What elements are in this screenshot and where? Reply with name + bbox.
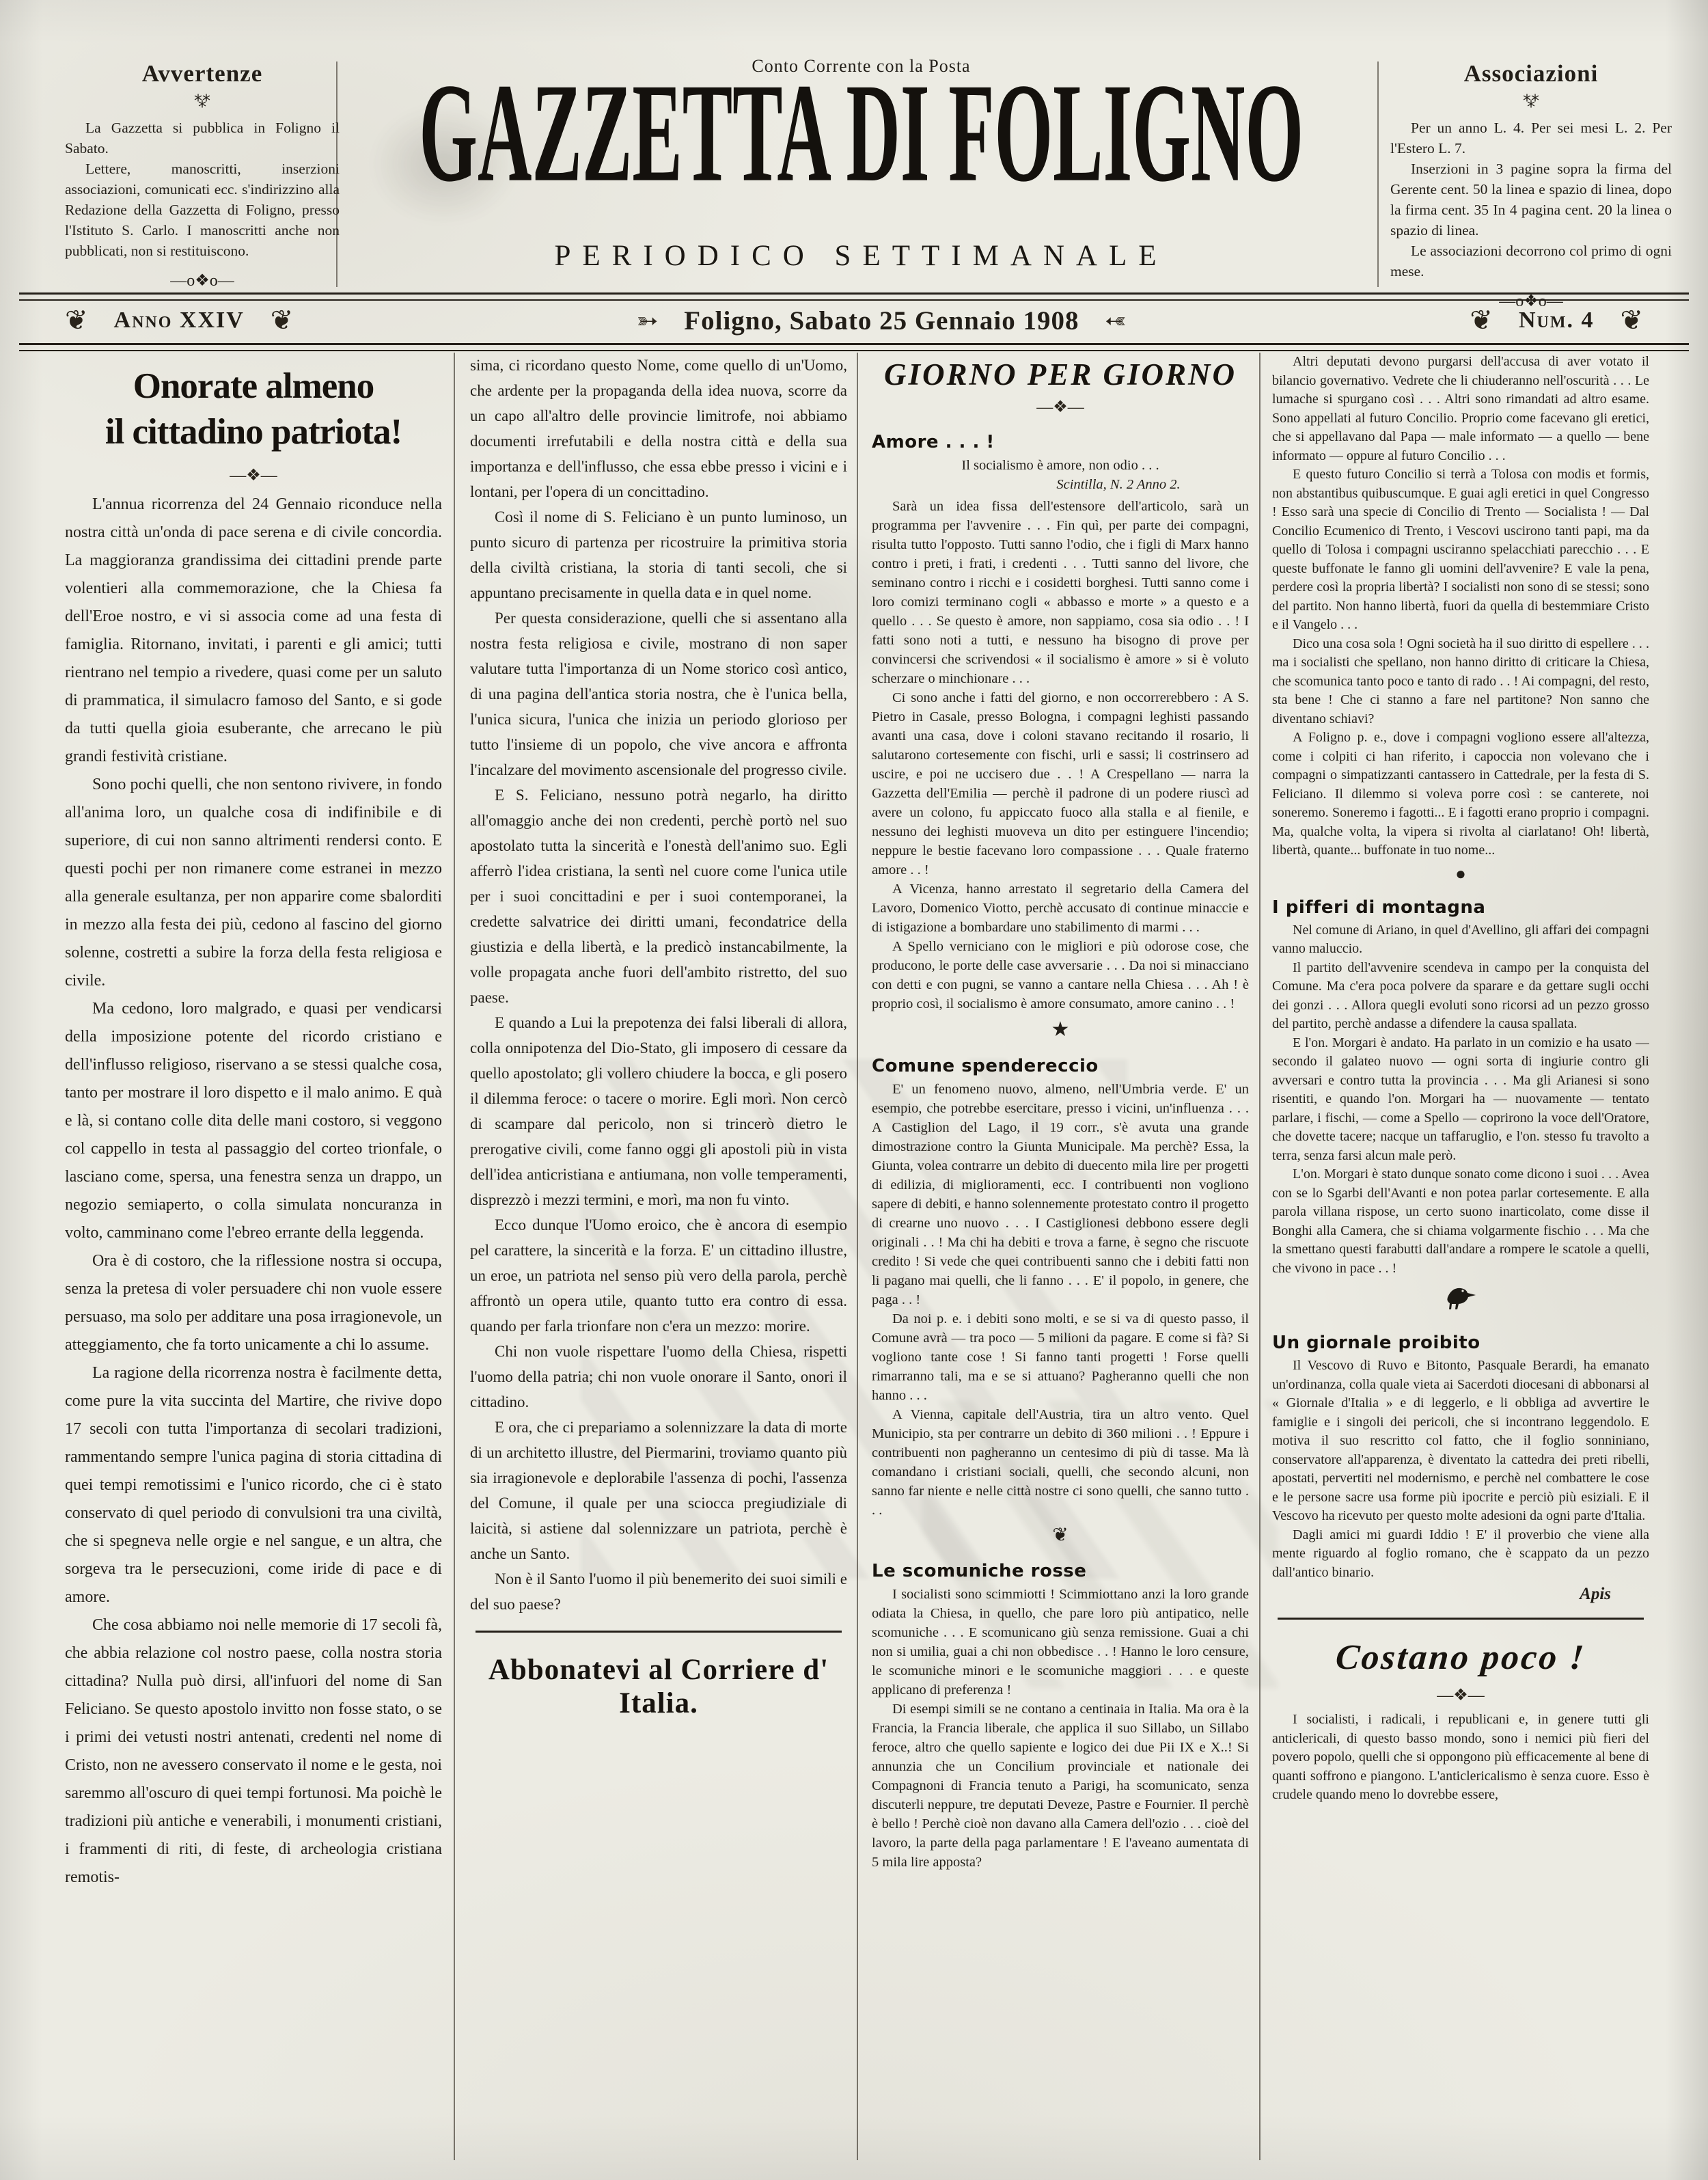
paragraph: Ma cedono, loro malgrado, e quasi per ve…	[65, 995, 442, 1247]
paragraph: I socialisti, i radicali, i republicani …	[1272, 1711, 1649, 1805]
subscriptions-box: Associazioni ⁂ Per un anno L. 4. Per sei…	[1390, 60, 1672, 320]
divider-ornament-icon: —❖—	[872, 392, 1249, 422]
volume-label: Anno XXIV	[114, 308, 245, 333]
header-vertical-rule	[1377, 62, 1379, 287]
notice-paragraph: La Gazzetta si pubblica in Foligno il Sa…	[65, 118, 340, 159]
section-title: GIORNO PER GIORNO	[872, 357, 1249, 392]
paragraph: E l'on. Morgari è andato. Ha parlato in …	[1272, 1034, 1649, 1166]
notice-paragraph: Lettere, manoscritti, inserzioni associa…	[65, 159, 340, 261]
double-rule	[19, 292, 1689, 301]
rule-divider	[476, 1631, 842, 1633]
subsection-heading: Le scomuniche rosse	[872, 1561, 1249, 1581]
paragraph: A Spello verniciano con le migliori e pi…	[872, 937, 1249, 1013]
paragraph: Chi non vuole rispettare l'uomo della Ch…	[470, 1339, 847, 1415]
signature: Apis	[1272, 1585, 1649, 1604]
paragraph: Per questa considerazione, quelli che si…	[470, 605, 847, 782]
column-4: Altri deputati devono purgarsi dell'accu…	[1272, 353, 1649, 2160]
subscription-paragraph: Le associazioni decorrono col primo di o…	[1390, 241, 1672, 282]
paragraph: Dagli amici mi guardi Iddio ! E' il prov…	[1272, 1526, 1649, 1583]
column-2: sima, ci ricordano questo Nome, come que…	[470, 353, 847, 2160]
bird-icon	[1272, 1278, 1649, 1323]
paragraph: Dico una cosa sola ! Ogni società ha il …	[1272, 635, 1649, 729]
paragraph: A Vicenza, hanno arrestato il segretario…	[872, 880, 1249, 937]
paragraph: Da noi p. e. i debiti sono molti, e se s…	[872, 1309, 1249, 1405]
paragraph: sima, ci ricordano questo Nome, come que…	[470, 353, 847, 504]
arrow-ornament-icon: ➳	[1105, 305, 1127, 336]
asterism-ornament-icon: ⁂	[1390, 89, 1672, 109]
fleuron-ornament-icon: ❦	[872, 1520, 1249, 1551]
subscription-paragraph: Per un anno L. 4. Per sei mesi L. 2. Per…	[1390, 118, 1672, 159]
column-rule	[1259, 353, 1261, 2160]
paragraph: La ragione della ricorrenza nostra è fac…	[65, 1359, 442, 1611]
anno-group: ❦ Anno XXIV ❦	[65, 307, 293, 334]
issue-number: Num. 4	[1519, 308, 1595, 333]
subscriptions-title: Associazioni	[1390, 60, 1672, 87]
paragraph: A Vienna, capitale dell'Austria, tira un…	[872, 1405, 1249, 1520]
rule-divider	[1278, 1618, 1644, 1620]
quote-line: Il socialismo è amore, non odio . . .	[872, 456, 1249, 475]
paragraph: E S. Feliciano, nessuno potrà negarlo, h…	[470, 782, 847, 1010]
column-rule	[857, 353, 858, 2160]
column-rule	[454, 353, 455, 2160]
divider-ornament-icon: —o❖o—	[65, 271, 340, 291]
paragraph: E ora, che ci prepariamo a solennizzare …	[470, 1415, 847, 1566]
paragraph: Non è il Santo l'uomo il più benemerito …	[470, 1566, 847, 1617]
subsection-heading: Un giornale proibito	[1272, 1333, 1649, 1353]
dot-ornament-icon: ●	[1272, 860, 1649, 888]
paragraph: E quando a Lui la prepotenza dei falsi l…	[470, 1010, 847, 1212]
issue-group: ❦ Num. 4 ❦	[1470, 307, 1643, 334]
fleuron-icon: ❦	[271, 307, 294, 334]
notices-box: Avvertenze ⁂ La Gazzetta si pubblica in …	[65, 60, 340, 299]
masthead: Conto Corrente con la Posta GAZZETTA DI …	[347, 56, 1375, 292]
fleuron-icon: ❦	[1620, 307, 1643, 334]
divider-ornament-icon: —❖—	[65, 461, 442, 491]
paragraph: Altri deputati devono purgarsi dell'accu…	[1272, 353, 1649, 465]
paragraph: Ora è di costoro, che la riflessione nos…	[65, 1247, 442, 1359]
paragraph: L'annua ricorrenza del 24 Gennaio ricond…	[65, 491, 442, 771]
newspaper-subtitle: PERIODICO SETTIMANALE	[347, 239, 1375, 273]
subsection-heading: I pifferi di montagna	[1272, 897, 1649, 918]
subsection-heading: Comune spendereccio	[872, 1056, 1249, 1076]
star-ornament-icon: ★	[872, 1013, 1249, 1046]
column-1: Onorate almeno il cittadino patriota!—❖—…	[65, 353, 442, 2160]
paragraph: Il Vescovo di Ruvo e Bitonto, Pasquale B…	[1272, 1357, 1649, 1526]
paragraph: L'on. Morgari è stato dunque sonato come…	[1272, 1165, 1649, 1278]
double-rule	[19, 343, 1689, 351]
fleuron-icon: ❦	[1470, 307, 1493, 334]
paragraph: Il partito dell'avvenire scendeva in cam…	[1272, 959, 1649, 1034]
dateline-band: ❦ Anno XXIV ❦ ➳ Foligno, Sabato 25 Genna…	[65, 301, 1643, 340]
paragraph: I socialisti sono scimmiotti ! Scimmiott…	[872, 1585, 1249, 1700]
paragraph: E questo futuro Concilio si terrà a Tolo…	[1272, 465, 1649, 635]
article-headline: Onorate almeno il cittadino patriota!	[65, 364, 442, 455]
paragraph: Nel comune di Ariano, in quel d'Avellino…	[1272, 921, 1649, 959]
date-group: ➳ Foligno, Sabato 25 Gennaio 1908 ➳	[636, 305, 1127, 336]
divider-ornament-icon: —❖—	[1272, 1680, 1649, 1711]
paragraph: E' un fenomeno nuovo, almeno, nell'Umbri…	[872, 1080, 1249, 1309]
paragraph: Sarà un idea fissa dell'estensore dell'a…	[872, 497, 1249, 688]
arrow-ornament-icon: ➳	[636, 305, 658, 336]
paragraph: Così il nome di S. Feliciano è un punto …	[470, 504, 847, 605]
header-vertical-rule	[336, 62, 338, 287]
paragraph: Di esempi simili se ne contano a centina…	[872, 1700, 1249, 1872]
asterism-ornament-icon: ⁂	[65, 89, 340, 109]
paragraph: Ecco dunque l'Uomo eroico, che è ancora …	[470, 1212, 847, 1339]
subscription-paragraph: Inserzioni in 3 pagine sopra la firma de…	[1390, 159, 1672, 241]
fleuron-icon: ❦	[65, 307, 88, 334]
display-heading: Costano poco !	[1272, 1637, 1649, 1678]
quote-attribution: Scintilla, N. 2 Anno 2.	[872, 475, 1249, 494]
newspaper-title: GAZZETTA DI FOLIGNO	[419, 62, 1303, 203]
paragraph: Che cosa abbiamo noi nelle memorie di 17…	[65, 1611, 442, 1892]
paragraph: Ci sono anche i fatti del giorno, e non …	[872, 688, 1249, 880]
subsection-heading: Amore . . . !	[872, 432, 1249, 452]
paragraph: A Foligno p. e., dove i compagni voglion…	[1272, 728, 1649, 860]
paragraph: Sono pochi quelli, che non sentono riviv…	[65, 771, 442, 995]
issue-date: Foligno, Sabato 25 Gennaio 1908	[684, 305, 1079, 336]
notices-title: Avvertenze	[65, 60, 340, 87]
subscription-banner: Abbonatevi al Corriere d' Italia.	[470, 1653, 847, 1720]
column-3: GIORNO PER GIORNO—❖—Amore . . . !Il soci…	[872, 353, 1249, 2160]
